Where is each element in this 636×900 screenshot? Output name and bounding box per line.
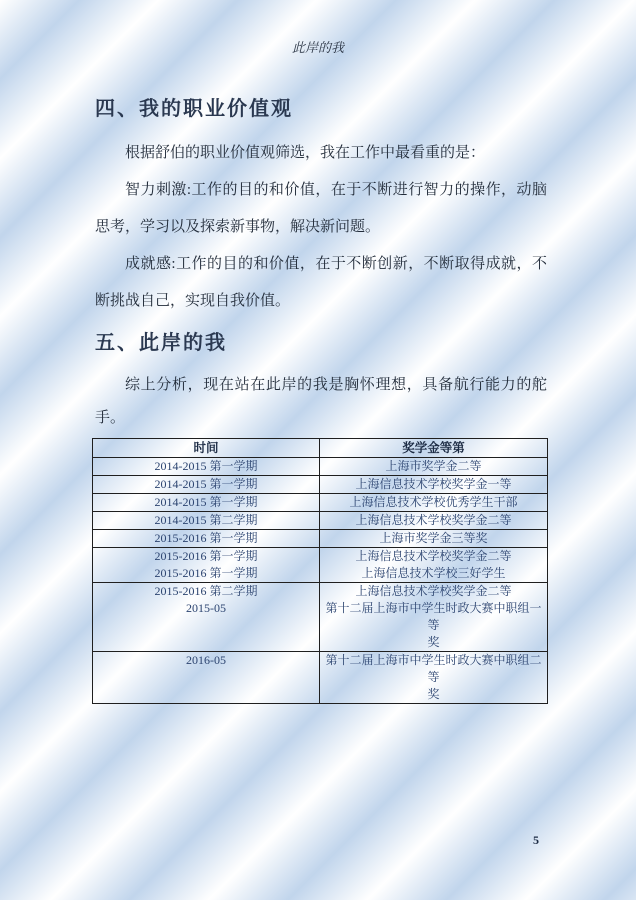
time-cell: 2016-05 xyxy=(93,652,320,704)
awards-table: 时间 奖学金等第 2014-2015 第一学期 上海市奖学金二等 2014-20… xyxy=(92,438,548,704)
running-header: 此岸的我 xyxy=(0,0,636,56)
time-cell: 2015-2016 第一学期 xyxy=(93,530,320,548)
table-row: 2014-2015 第一学期 上海信息技术学校优秀学生干部 xyxy=(93,494,548,512)
table-header-time: 时间 xyxy=(93,439,320,458)
award-cell: 上海信息技术学校奖学金一等 xyxy=(320,476,548,494)
table-row: 2015-2016 第一学期 上海市奖学金三等奖 xyxy=(93,530,548,548)
award-cell: 上海信息技术学校优秀学生干部 xyxy=(320,494,548,512)
section-heading-this-shore: 五、此岸的我 xyxy=(95,330,547,357)
award-cell: 第十二届上海市中学生时政大赛中职组二等 奖 xyxy=(320,652,548,704)
time-cell: 2015-2016 第二学期 2015-05 xyxy=(93,583,320,652)
time-cell: 2014-2015 第一学期 xyxy=(93,458,320,476)
time-cell: 2014-2015 第一学期 xyxy=(93,476,320,494)
body-paragraph: 综上分析，现在站在此岸的我是胸怀理想，具备航行能力的舵手。 xyxy=(95,369,547,435)
table-row: 2014-2015 第二学期 上海信息技术学校奖学金二等 xyxy=(93,512,548,530)
body-paragraph: 智力刺激:工作的目的和价值，在于不断进行智力的操作，动脑思考，学习以及探索新事物… xyxy=(95,172,547,246)
award-cell: 上海信息技术学校奖学金二等 xyxy=(320,512,548,530)
section-heading-career-values: 四、我的职业价值观 xyxy=(95,96,547,123)
body-paragraph: 根据舒伯的职业价值观筛选，我在工作中最看重的是： xyxy=(95,135,547,172)
award-cell: 上海信息技术学校奖学金二等 上海信息技术学校三好学生 xyxy=(320,548,548,583)
time-cell: 2014-2015 第一学期 xyxy=(93,494,320,512)
table-row: 2015-2016 第一学期 2015-2016 第一学期 上海信息技术学校奖学… xyxy=(93,548,548,583)
page-content: 四、我的职业价值观 根据舒伯的职业价值观筛选，我在工作中最看重的是： 智力刺激:… xyxy=(95,96,547,704)
table-row: 2014-2015 第一学期 上海市奖学金二等 xyxy=(93,458,548,476)
table-row: 2016-05 第十二届上海市中学生时政大赛中职组二等 奖 xyxy=(93,652,548,704)
time-cell: 2015-2016 第一学期 2015-2016 第一学期 xyxy=(93,548,320,583)
body-paragraph: 成就感:工作的目的和价值，在于不断创新，不断取得成就，不断挑战自己，实现自我价值… xyxy=(95,246,547,320)
award-cell: 上海信息技术学校奖学金二等 第十二届上海市中学生时政大赛中职组一等 奖 xyxy=(320,583,548,652)
award-cell: 上海市奖学金三等奖 xyxy=(320,530,548,548)
table-header-award: 奖学金等第 xyxy=(320,439,548,458)
page-number: 5 xyxy=(533,833,539,848)
table-row: 2014-2015 第一学期 上海信息技术学校奖学金一等 xyxy=(93,476,548,494)
table-row: 2015-2016 第二学期 2015-05 上海信息技术学校奖学金二等 第十二… xyxy=(93,583,548,652)
award-cell: 上海市奖学金二等 xyxy=(320,458,548,476)
table-header-row: 时间 奖学金等第 xyxy=(93,439,548,458)
time-cell: 2014-2015 第二学期 xyxy=(93,512,320,530)
document-page: 此岸的我 四、我的职业价值观 根据舒伯的职业价值观筛选，我在工作中最看重的是： … xyxy=(0,0,636,900)
